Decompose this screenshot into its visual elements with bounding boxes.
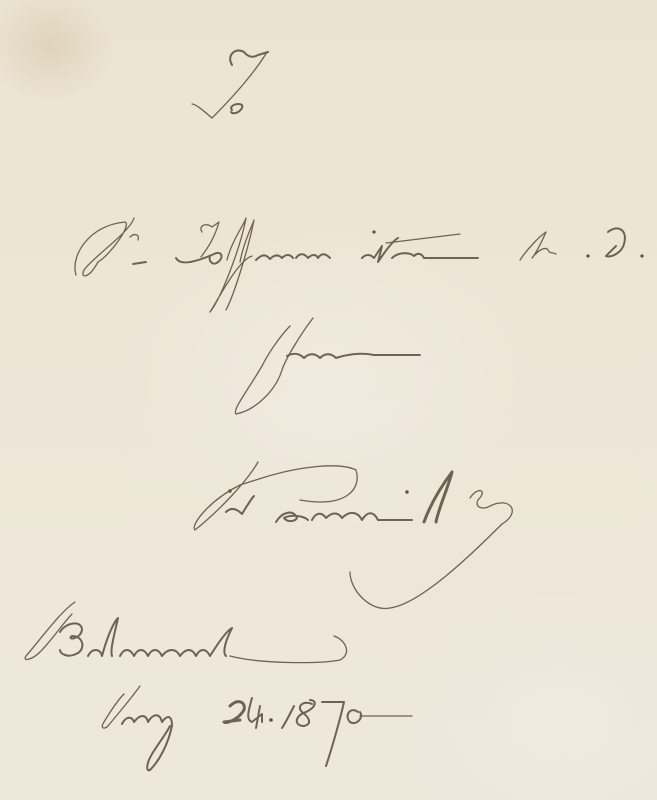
salutation-text: To <box>190 50 247 106</box>
from-text: from <box>235 320 331 366</box>
inscription-page: To Dr Hoffmeister M.D. from Victoria R &… <box>0 0 657 800</box>
date-text: May 24. 1870— <box>105 690 391 731</box>
signature-text: Victoria R & I <box>195 460 502 511</box>
recipient-text: Dr Hoffmeister M.D. <box>70 215 464 259</box>
handwriting-ink <box>0 0 657 800</box>
place-text: Balmoral <box>25 605 209 651</box>
